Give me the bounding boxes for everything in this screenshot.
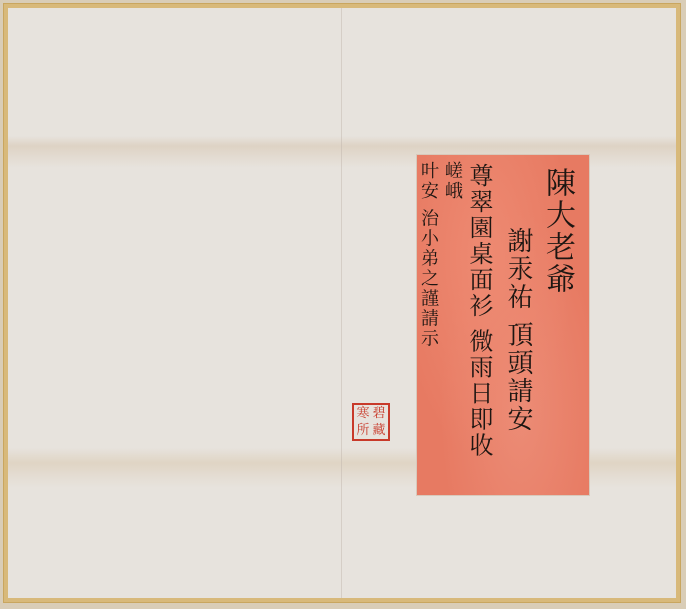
calligraphy-column-3: 尊翠園桌面衫 微雨日即收 <box>462 163 497 459</box>
seal-char: 碧 <box>371 405 387 422</box>
center-fold <box>341 8 342 598</box>
album-mount: 寒 碧 所 藏 陳大老爺 謝汞祐 頂頭請安 尊翠園桌面衫 微雨日即收 嵯峨 叶安… <box>0 0 686 609</box>
red-letter-paper: 陳大老爺 謝汞祐 頂頭請安 尊翠園桌面衫 微雨日即收 嵯峨 叶安 治小弟之謹請示 <box>417 155 589 495</box>
collector-seal: 寒 碧 所 藏 <box>352 403 390 441</box>
calligraphy-column-5: 叶安 治小弟之謹請示 <box>415 161 441 349</box>
seal-char: 藏 <box>371 422 387 439</box>
calligraphy-column-2: 謝汞祐 頂頭請安 <box>500 227 537 433</box>
seal-char: 寒 <box>355 405 371 422</box>
calligraphy-column-1: 陳大老爺 <box>535 167 579 295</box>
calligraphy-column-4: 嵯峨 <box>439 161 465 201</box>
seal-char: 所 <box>355 422 371 439</box>
